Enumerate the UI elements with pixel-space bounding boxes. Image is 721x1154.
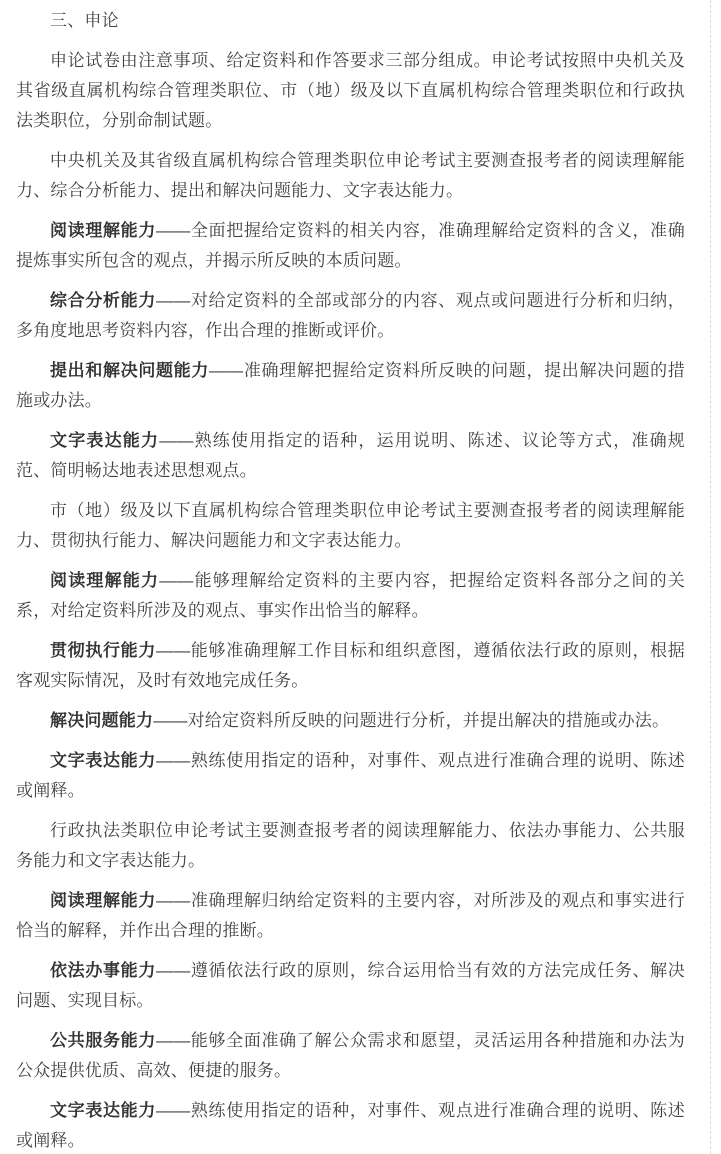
paragraph: 文字表达能力——熟练使用指定的语种，运用说明、陈述、议论等方式，准确规范、简明畅… [16, 426, 685, 486]
right-dashed-divider [710, 0, 711, 1154]
ability-term: 依法办事能力 [50, 961, 156, 980]
paragraph-text: 市（地）级及以下直属机构综合管理类职位申论考试主要测查报考者的阅读理解能力、贯彻… [16, 501, 685, 550]
paragraph-text: 行政执法类职位申论考试主要测查报考者的阅读理解能力、依法办事能力、公共服务能力和… [16, 821, 685, 870]
paragraph: 提出和解决问题能力——准确理解把握给定资料所反映的问题，提出解决问题的措施或办法… [16, 356, 685, 416]
ability-term: 文字表达能力 [50, 431, 159, 450]
paragraph-list: 申论试卷由注意事项、给定资料和作答要求三部分组成。申论考试按照中央机关及其省级直… [16, 46, 685, 1154]
paragraph: 阅读理解能力——全面把握给定资料的相关内容，准确理解给定资料的含义，准确提炼事实… [16, 216, 685, 276]
ability-term: 贯彻执行能力 [50, 641, 156, 660]
ability-term: 解决问题能力 [50, 711, 153, 730]
paragraph: 贯彻执行能力——能够准确理解工作目标和组织意图，遵循依法行政的原则，根据客观实际… [16, 636, 685, 696]
ability-term: 阅读理解能力 [50, 221, 156, 240]
paragraph: 申论试卷由注意事项、给定资料和作答要求三部分组成。申论考试按照中央机关及其省级直… [16, 46, 685, 136]
paragraph: 阅读理解能力——准确理解归纳给定资料的主要内容，对所涉及的观点和事实进行恰当的解… [16, 886, 685, 946]
ability-term: 提出和解决问题能力 [50, 361, 209, 380]
ability-term: 公共服务能力 [50, 1031, 156, 1050]
paragraph: 行政执法类职位申论考试主要测查报考者的阅读理解能力、依法办事能力、公共服务能力和… [16, 816, 685, 876]
ability-term: 文字表达能力 [50, 1101, 156, 1120]
paragraph-text: 中央机关及其省级直属机构综合管理类职位申论考试主要测查报考者的阅读理解能力、综合… [16, 151, 685, 200]
ability-term: 综合分析能力 [50, 291, 156, 310]
paragraph: 依法办事能力——遵循依法行政的原则，综合运用恰当有效的方法完成任务、解决问题、实… [16, 956, 685, 1016]
ability-term: 阅读理解能力 [50, 571, 159, 590]
paragraph-text: 申论试卷由注意事项、给定资料和作答要求三部分组成。申论考试按照中央机关及其省级直… [16, 51, 685, 130]
ability-term: 文字表达能力 [50, 751, 156, 770]
paragraph: 阅读理解能力——能够理解给定资料的主要内容，把握给定资料各部分之间的关系，对给定… [16, 566, 685, 626]
section-heading: 三、申论 [16, 6, 685, 36]
paragraph: 文字表达能力——熟练使用指定的语种，对事件、观点进行准确合理的说明、陈述或阐释。 [16, 746, 685, 806]
paragraph: 市（地）级及以下直属机构综合管理类职位申论考试主要测查报考者的阅读理解能力、贯彻… [16, 496, 685, 556]
paragraph-text: ——对给定资料所反映的问题进行分析，并提出解决的措施或办法。 [153, 711, 669, 730]
document-body: 三、申论 申论试卷由注意事项、给定资料和作答要求三部分组成。申论考试按照中央机关… [0, 0, 710, 1154]
paragraph: 中央机关及其省级直属机构综合管理类职位申论考试主要测查报考者的阅读理解能力、综合… [16, 146, 685, 206]
paragraph: 解决问题能力——对给定资料所反映的问题进行分析，并提出解决的措施或办法。 [16, 706, 685, 736]
paragraph: 公共服务能力——能够全面准确了解公众需求和愿望，灵活运用各种措施和办法为公众提供… [16, 1026, 685, 1086]
ability-term: 阅读理解能力 [50, 891, 156, 910]
paragraph: 文字表达能力——熟练使用指定的语种，对事件、观点进行准确合理的说明、陈述或阐释。 [16, 1096, 685, 1154]
paragraph: 综合分析能力——对给定资料的全部或部分的内容、观点或问题进行分析和归纳，多角度地… [16, 286, 685, 346]
